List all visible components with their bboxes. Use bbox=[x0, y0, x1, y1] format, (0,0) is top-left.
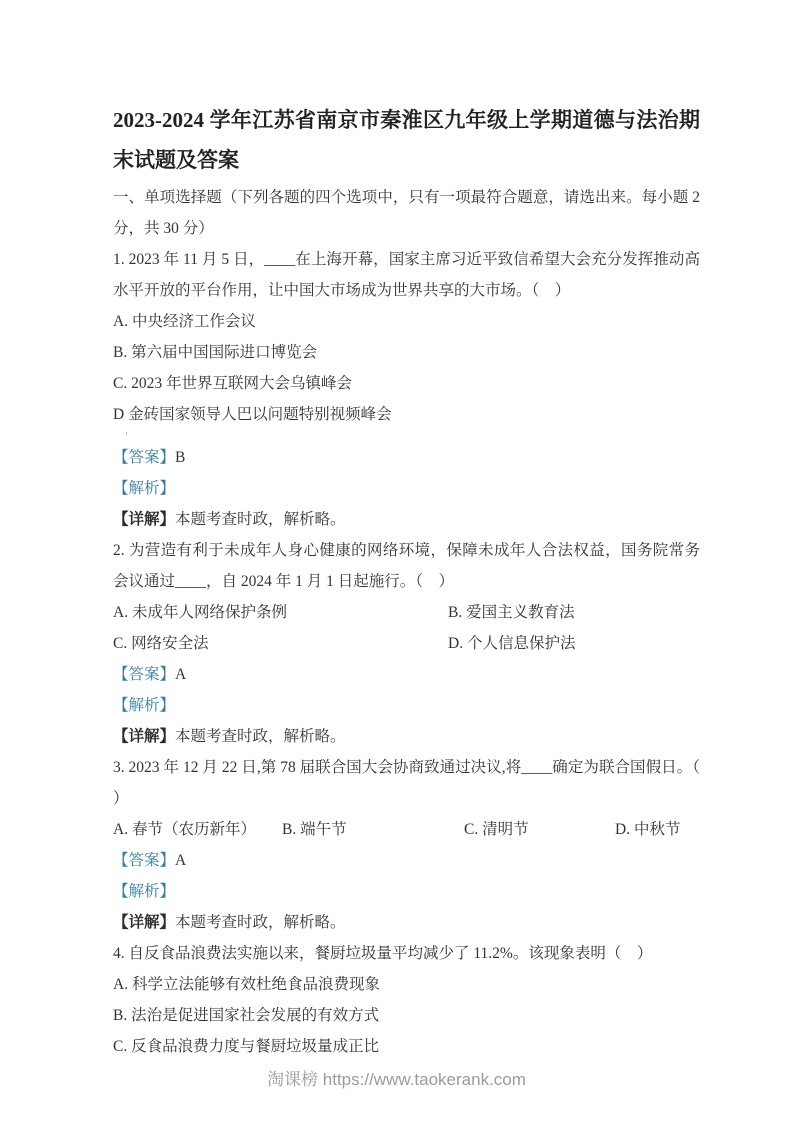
analysis-label: 【解析】 bbox=[113, 883, 175, 900]
question-1-option-d: D 金砖国家领导人巴以问题特别视频峰会 bbox=[113, 399, 700, 430]
question-2-stem: 2. 为营造有利于未成年人身心健康的网络环境，保障未成年人合法权益，国务院常务会… bbox=[113, 535, 700, 597]
question-1-answer-value: B bbox=[175, 449, 185, 466]
question-4-option-c: C. 反食品浪费力度与餐厨垃圾量成正比 bbox=[113, 1031, 700, 1062]
question-3-stem: 3. 2023 年 12 月 22 日,第 78 届联合国大会协商致通过决议,将… bbox=[113, 752, 700, 814]
detail-label: 【详解】 bbox=[113, 728, 175, 745]
section-intro: 一、单项选择题（下列各题的四个选项中，只有一项最符合题意，请选出来。每小题 2 … bbox=[113, 182, 700, 244]
question-1-detail-text: 本题考查时政，解析略。 bbox=[175, 511, 346, 528]
question-3-option-d: D. 中秋节 bbox=[615, 814, 700, 845]
detail-label: 【详解】 bbox=[113, 511, 175, 528]
question-4: 4. 自反食品浪费法实施以来，餐厨垃圾量平均减少了 11.2%。该现象表明（ ）… bbox=[113, 938, 700, 1062]
answer-label: 【答案】 bbox=[113, 852, 175, 869]
question-3-analysis-line: 【解析】 bbox=[113, 876, 700, 907]
question-2-option-b: B. 爱国主义教育法 bbox=[448, 597, 575, 628]
question-3-answer-value: A bbox=[175, 852, 186, 869]
answer-label: 【答案】 bbox=[113, 449, 175, 466]
question-1-option-a: A. 中央经济工作会议 bbox=[113, 306, 700, 337]
question-1-option-c: C. 2023 年世界互联网大会乌镇峰会 bbox=[113, 368, 700, 399]
analysis-label: 【解析】 bbox=[113, 480, 175, 497]
question-1-stem: 1. 2023 年 11 月 5 日，____在上海开幕，国家主席习近平致信希望… bbox=[113, 244, 700, 306]
analysis-label: 【解析】 bbox=[113, 697, 175, 714]
answer-label: 【答案】 bbox=[113, 666, 175, 683]
question-1-option-b: B. 第六届中国国际进口博览会 bbox=[113, 337, 700, 368]
question-2-option-d: D. 个人信息保护法 bbox=[448, 628, 575, 659]
question-4-option-b: B. 法治是促进国家社会发展的有效方式 bbox=[113, 1000, 700, 1031]
question-2-option-c: C. 网络安全法 bbox=[113, 628, 448, 659]
question-1-answer-line: 【答案】B bbox=[113, 442, 700, 473]
question-2-answer-value: A bbox=[175, 666, 186, 683]
detail-label: 【详解】 bbox=[113, 914, 175, 931]
page-title: 2023-2024 学年江苏省南京市秦淮区九年级上学期道德与法治期末试题及答案 bbox=[113, 100, 700, 180]
stray-scan-mark: ' bbox=[113, 430, 700, 442]
question-3-options-row: A. 春节（农历新年）B. 端午节C. 清明节D. 中秋节 bbox=[113, 814, 700, 845]
site-watermark: 淘课榜 https://www.taokerank.com bbox=[0, 1068, 793, 1092]
question-2-options-row-2: C. 网络安全法D. 个人信息保护法 bbox=[113, 628, 700, 659]
question-2-detail-line: 【详解】本题考查时政，解析略。 bbox=[113, 721, 700, 752]
question-3-option-a: A. 春节（农历新年） bbox=[113, 814, 282, 845]
question-2-analysis-line: 【解析】 bbox=[113, 690, 700, 721]
question-2-option-a: A. 未成年人网络保护条例 bbox=[113, 597, 448, 628]
question-1-analysis-line: 【解析】 bbox=[113, 473, 700, 504]
question-1-detail-line: 【详解】本题考查时政，解析略。 bbox=[113, 504, 700, 535]
question-3-option-c: C. 清明节 bbox=[464, 814, 615, 845]
question-3-answer-line: 【答案】A bbox=[113, 845, 700, 876]
question-2-detail-text: 本题考查时政，解析略。 bbox=[175, 728, 346, 745]
question-3: 3. 2023 年 12 月 22 日,第 78 届联合国大会协商致通过决议,将… bbox=[113, 752, 700, 938]
question-4-stem: 4. 自反食品浪费法实施以来，餐厨垃圾量平均减少了 11.2%。该现象表明（ ） bbox=[113, 938, 700, 969]
document-page: 2023-2024 学年江苏省南京市秦淮区九年级上学期道德与法治期末试题及答案 … bbox=[0, 0, 793, 1122]
question-2: 2. 为营造有利于未成年人身心健康的网络环境，保障未成年人合法权益，国务院常务会… bbox=[113, 535, 700, 752]
question-4-option-a: A. 科学立法能够有效杜绝食品浪费现象 bbox=[113, 969, 700, 1000]
question-3-detail-text: 本题考查时政，解析略。 bbox=[175, 914, 346, 931]
question-3-detail-line: 【详解】本题考查时政，解析略。 bbox=[113, 907, 700, 938]
question-2-answer-line: 【答案】A bbox=[113, 659, 700, 690]
question-3-option-b: B. 端午节 bbox=[282, 814, 464, 845]
question-2-options-row-1: A. 未成年人网络保护条例B. 爱国主义教育法 bbox=[113, 597, 700, 628]
question-1: 1. 2023 年 11 月 5 日，____在上海开幕，国家主席习近平致信希望… bbox=[113, 244, 700, 535]
